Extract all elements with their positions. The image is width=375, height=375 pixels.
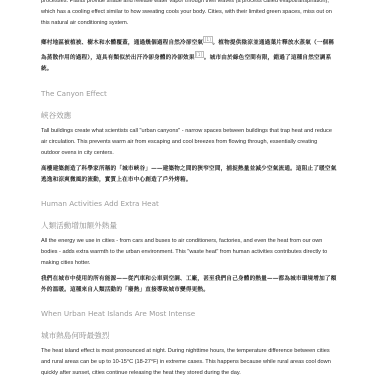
section-canyon-effect: The Canyon Effect 峽谷效應 Tall buildings cr… xyxy=(41,89,337,186)
paragraph-zh: 我們在城市中使用的所有能源——從汽車和公車到空調、工廠，甚至我們自己身體的熱量—… xyxy=(41,274,337,296)
paragraph-en: Tall buildings create what scientists ca… xyxy=(41,126,337,159)
section-natural-cooling: processes. Plants provide shade and rele… xyxy=(41,0,337,75)
paragraph-en: All the energy we use in cities - from c… xyxy=(41,236,337,269)
paragraph-zh: 鄉村地區被植被、樹木和水體覆蓋，通過幾個過程自然冷卻空氣[1]。植物提供陰涼並通… xyxy=(41,34,337,75)
section-heading-zh: 城市熱島何時最強烈 xyxy=(41,331,337,341)
paragraph-en: processes. Plants provide shade and rele… xyxy=(41,0,337,29)
section-heading-zh: 人類活動增加額外熱量 xyxy=(41,221,337,231)
reference-link[interactable]: [1] xyxy=(195,51,204,58)
section-human-activities: Human Activities Add Extra Heat 人類活動增加額外… xyxy=(41,199,337,296)
reference-link[interactable]: [1] xyxy=(203,36,212,43)
article-body: processes. Plants provide shade and rele… xyxy=(41,0,337,375)
section-heading-en: Human Activities Add Extra Heat xyxy=(41,199,337,209)
paragraph-zh-part1: 鄉村地區被植被、樹木和水體覆蓋，通過幾個過程自然冷卻空氣 xyxy=(41,40,203,46)
section-most-intense: When Urban Heat Islands Are Most Intense… xyxy=(41,309,337,375)
section-heading-en: The Canyon Effect xyxy=(41,89,337,99)
section-heading-zh: 峽谷效應 xyxy=(41,111,337,121)
paragraph-en: The heat island effect is most pronounce… xyxy=(41,346,337,375)
section-heading-en: When Urban Heat Islands Are Most Intense xyxy=(41,309,337,319)
paragraph-zh: 高樓建築創造了科學家所稱的「城市峽谷」——建築物之間的狹窄空間，捕捉熱量並減少空… xyxy=(41,164,337,186)
